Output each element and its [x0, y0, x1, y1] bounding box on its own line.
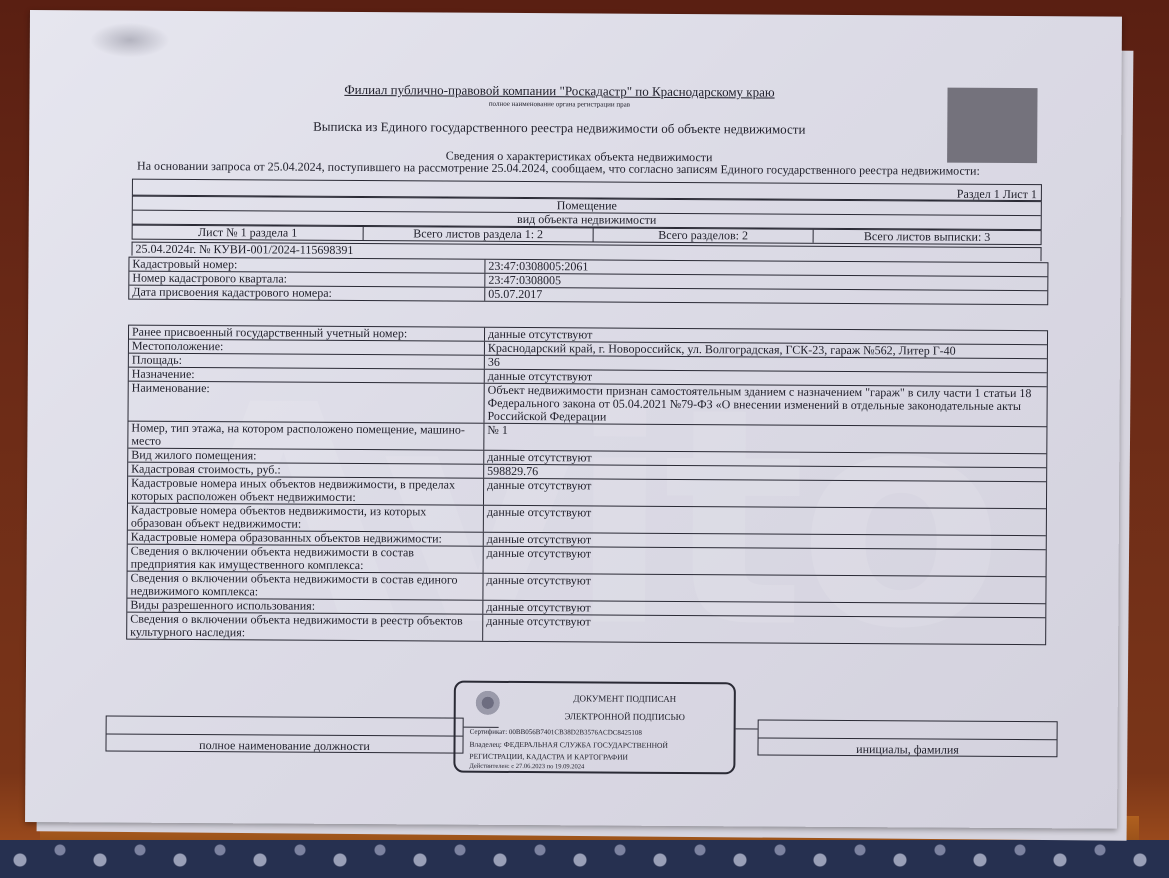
sections-total: Всего разделов: 2 — [593, 228, 813, 242]
field-value: № 1 — [483, 424, 1046, 453]
position-label: полное наименование должности — [106, 737, 462, 754]
stamp-owner-1: Владелец: ФЕДЕРАЛЬНАЯ СЛУЖБА ГОСУДАРСТВЕ… — [469, 740, 667, 750]
field-label: Сведения о включении объекта недвижимост… — [127, 572, 482, 600]
document-sheet: Avito Филиал публично-правовой компании … — [25, 10, 1122, 829]
table-row: Наименование:Объект недвижимости признан… — [128, 382, 1046, 428]
extract-sheets-total: Всего листов выписки: 3 — [813, 230, 1041, 244]
properties-table: Ранее присвоенный государственный учетны… — [126, 325, 1048, 646]
sheet-number: Лист № 1 раздела 1 — [133, 226, 363, 240]
stamp-owner-2: РЕГИСТРАЦИИ, КАДАСТРА И КАРТОГРАФИИ — [469, 752, 628, 762]
cadastral-table: Кадастровый номер:23:47:0308005:2061Номе… — [128, 257, 1048, 306]
stamp-line-1: ДОКУМЕНТ ПОДПИСАН — [516, 693, 734, 704]
field-label: Дата присвоения кадастрового номера: — [129, 286, 484, 301]
document-title: Выписка из Единого государственного реес… — [249, 118, 869, 138]
field-value: данные отсутствуют — [483, 479, 1046, 508]
field-value: данные отсутствуют — [482, 574, 1045, 603]
field-value: Объект недвижимости признан самостоятель… — [483, 384, 1046, 426]
org-name: Филиал публично-правовой компании "Роска… — [289, 82, 829, 101]
stamp-validity: Действителен: с 27.06.2023 по 19.09.2024 — [469, 763, 584, 771]
divider-line — [736, 728, 758, 729]
field-label: Кадастровые номера объектов недвижимости… — [128, 504, 483, 532]
field-value: 05.07.2017 — [484, 288, 1047, 304]
tablecloth — [0, 840, 1169, 878]
field-label: Сведения о включении объекта недвижимост… — [128, 545, 483, 573]
name-signature-field: инициалы, фамилия — [757, 719, 1057, 757]
field-value: данные отсутствуют — [482, 615, 1045, 644]
field-value: данные отсутствуют — [483, 547, 1046, 576]
field-label: Кадастровые номера иных объектов недвижи… — [128, 477, 483, 505]
divider-line — [464, 727, 499, 728]
table-row: Сведения о включении объекта недвижимост… — [127, 613, 1045, 645]
redacted-qr-area — [947, 88, 1037, 164]
section-sheets-total: Всего листов раздела 1: 2 — [363, 227, 593, 241]
name-label: инициалы, фамилия — [758, 741, 1056, 758]
stamp-certificate: Сертификат: 00BB056B7401CB38D2B3576ACDC8… — [470, 728, 642, 737]
stamp-line-2: ЭЛЕКТРОННОЙ ПОДПИСЬЮ — [516, 711, 734, 722]
field-label: Номер, тип этажа, на котором расположено… — [128, 422, 483, 450]
paper-crease — [90, 22, 170, 57]
coat-of-arms-icon — [474, 689, 502, 717]
field-label: Сведения о включении объекта недвижимост… — [127, 613, 482, 641]
field-label: Местоположение: — [129, 340, 484, 355]
field-value: данные отсутствуют — [483, 506, 1046, 535]
field-label: Наименование: — [128, 382, 483, 423]
position-signature-field: полное наименование должности — [105, 715, 463, 753]
